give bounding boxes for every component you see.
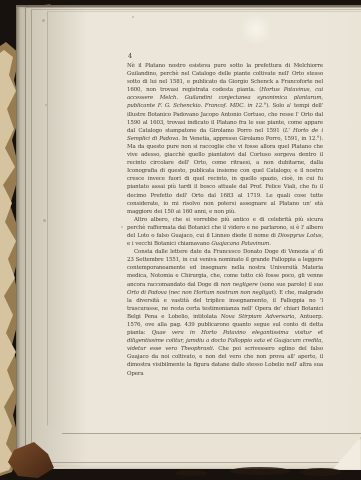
binding-stain [230,467,290,475]
binding-stain [175,470,207,476]
foxing-spot [121,226,123,228]
page-number: 4 [128,52,323,60]
book-scan: 4 Nè il Platano nostro esisteva pure sot… [0,0,361,480]
paragraph: Consta dalle lettere date da Francesco D… [127,248,323,378]
foxing-spot [42,19,45,22]
foxing-spot [45,104,47,106]
paragraph: Nè il Platano nostro esisteva pure sotto… [127,62,323,216]
foxing-spot [132,16,134,18]
foxing-spot [43,219,46,222]
binding-stain [300,468,342,476]
text-block: 4 Nè il Platano nostro esisteva pure sot… [127,52,323,378]
paragraphs: Nè il Platano nostro esisteva pure sotto… [127,62,323,378]
paragraph: Altro albero, che si vorrebbe più antico… [127,216,323,248]
